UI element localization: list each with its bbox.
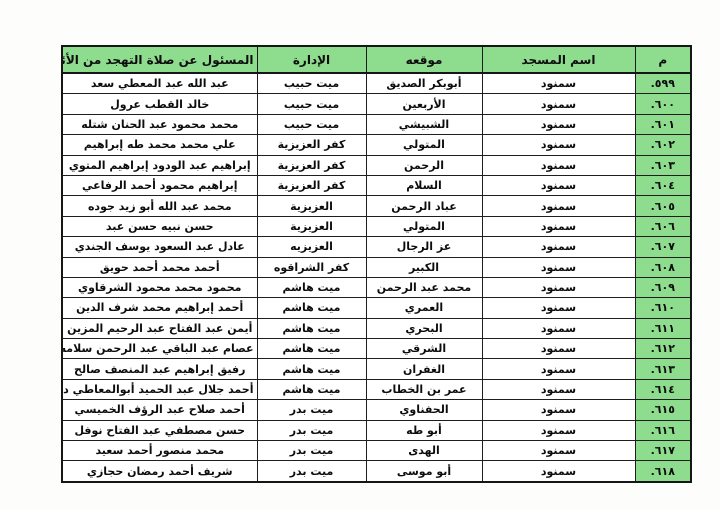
table-row: ٦١٧.سمنودالهدىميت بدرمحمد منصور أحمد سعي…: [62, 441, 691, 461]
cell-idara: ميت هاشم: [257, 277, 366, 297]
cell-mawqie: الرحمن: [366, 155, 482, 175]
cell-masoul: محمد محمود عبد الحنان شتله: [62, 114, 257, 134]
cell-idara: ميت هاشم: [257, 339, 366, 359]
cell-idara: ميت بدر: [257, 420, 366, 440]
cell-mawqie: البحري: [366, 318, 482, 338]
cell-idara: العزيزية: [257, 216, 366, 236]
cell-num: ٦٠٩.: [635, 277, 691, 297]
cell-num: ٥٩٩.: [635, 73, 691, 94]
table-row: ٦١٣.سمنودالغفرانميت هاشمرفيق إبراهيم عبد…: [62, 359, 691, 379]
cell-masjid: سمنود: [482, 94, 635, 114]
cell-mawqie: عباد الرحمن: [366, 196, 482, 216]
cell-masoul: عبد الله عبد المعطي سعد: [62, 73, 257, 94]
cell-num: ٦٠٠.: [635, 94, 691, 114]
table-row: ٦٠٦.سمنودالمتوليالعزيزيةحسن نبيه حسن عبد: [62, 216, 691, 236]
cell-masjid: سمنود: [482, 339, 635, 359]
cell-masjid: سمنود: [482, 114, 635, 134]
cell-idara: ميت بدر: [257, 400, 366, 420]
table-row: ٦٠٤.سمنودالسلامكفر العزيزيةإبراهيم محمود…: [62, 175, 691, 195]
cell-masjid: سمنود: [482, 298, 635, 318]
cell-num: ٦١٨.: [635, 461, 691, 482]
cell-num: ٦٠٦.: [635, 216, 691, 236]
cell-idara: ميت هاشم: [257, 298, 366, 318]
header-mosque-name: اسم المسجد: [482, 46, 635, 73]
cell-num: ٦٠٤.: [635, 175, 691, 195]
cell-masoul: أحمد إبراهيم محمد شرف الدين: [62, 298, 257, 318]
cell-idara: العزيزية: [257, 196, 366, 216]
cell-mawqie: الكبير: [366, 257, 482, 277]
cell-idara: ميت هاشم: [257, 359, 366, 379]
header-responsible: المسئول عن صلاة التهجد من الأئمة والخطبا…: [62, 46, 257, 73]
cell-mawqie: أبو طه: [366, 420, 482, 440]
header-row: م اسم المسجد موقعه الإدارة المسئول عن صل…: [62, 46, 691, 73]
cell-mawqie: المتولي: [366, 216, 482, 236]
cell-masoul: أيمن عبد الفتاح عبد الرحيم المزين: [62, 318, 257, 338]
cell-masjid: سمنود: [482, 196, 635, 216]
tahajjud-imams-table: م اسم المسجد موقعه الإدارة المسئول عن صل…: [61, 45, 692, 483]
cell-mawqie: الحفناوي: [366, 400, 482, 420]
cell-mawqie: الأربعين: [366, 94, 482, 114]
header-number: م: [635, 46, 691, 73]
cell-masoul: عصام عبد الباقي عبد الرحمن سلامه: [62, 339, 257, 359]
cell-masoul: رفيق إبراهيم عبد المنصف صالح: [62, 359, 257, 379]
cell-num: ٦١١.: [635, 318, 691, 338]
cell-mawqie: الشرقي: [366, 339, 482, 359]
cell-num: ٦٠٢.: [635, 135, 691, 155]
cell-mawqie: السلام: [366, 175, 482, 195]
cell-masjid: سمنود: [482, 441, 635, 461]
cell-idara: ميت حبيب: [257, 114, 366, 134]
cell-num: ٦١٧.: [635, 441, 691, 461]
table-row: ٦١٥.سمنودالحفناويميت بدرأحمد صلاح عبد ال…: [62, 400, 691, 420]
table-row: ٦١٤.سمنودعمر بن الخطابميت هاشمأحمد جلال …: [62, 379, 691, 399]
cell-mawqie: أبوبكر الصديق: [366, 73, 482, 94]
table-row: ٦٠٠.سمنودالأربعينميت حبيبخالد القطب عرول: [62, 94, 691, 114]
cell-masjid: سمنود: [482, 461, 635, 482]
cell-masjid: سمنود: [482, 420, 635, 440]
cell-masjid: سمنود: [482, 359, 635, 379]
table-row: ٦١١.سمنودالبحريميت هاشمأيمن عبد الفتاح ع…: [62, 318, 691, 338]
cell-masoul: إبراهيم محمود أحمد الرفاعي: [62, 175, 257, 195]
cell-masjid: سمنود: [482, 216, 635, 236]
table-row: ٦٠٨.سمنودالكبيركفر الشراقوهأحمد محمد أحم…: [62, 257, 691, 277]
cell-num: ٦١٦.: [635, 420, 691, 440]
cell-idara: كفر الشراقوه: [257, 257, 366, 277]
table-row: ٦٠٥.سمنودعباد الرحمنالعزيزيةمحمد عبد الل…: [62, 196, 691, 216]
cell-masoul: أحمد محمد أحمد حويق: [62, 257, 257, 277]
scanned-sheet: م اسم المسجد موقعه الإدارة المسئول عن صل…: [0, 0, 720, 509]
cell-masjid: سمنود: [482, 400, 635, 420]
cell-mawqie: الغفران: [366, 359, 482, 379]
cell-num: ٦٠٥.: [635, 196, 691, 216]
cell-mawqie: الشبيشي: [366, 114, 482, 134]
cell-masoul: خالد القطب عرول: [62, 94, 257, 114]
cell-num: ٦١٥.: [635, 400, 691, 420]
cell-mawqie: عمر بن الخطاب: [366, 379, 482, 399]
cell-masoul: محمود محمد محمود الشرقاوي: [62, 277, 257, 297]
cell-masjid: سمنود: [482, 257, 635, 277]
cell-idara: كفر العزيزية: [257, 135, 366, 155]
table-row: ٦١٢.سمنودالشرقيميت هاشمعصام عبد الباقي ع…: [62, 339, 691, 359]
table-row: ٦٠٧.سمنودعز الرجالالعزيزيهعادل عبد السعو…: [62, 237, 691, 257]
cell-mawqie: عز الرجال: [366, 237, 482, 257]
cell-masjid: سمنود: [482, 135, 635, 155]
header-location: موقعه: [366, 46, 482, 73]
cell-masjid: سمنود: [482, 175, 635, 195]
cell-masjid: سمنود: [482, 379, 635, 399]
cell-num: ٦٠٣.: [635, 155, 691, 175]
cell-mawqie: محمد عبد الرحمن: [366, 277, 482, 297]
cell-num: ٦١٠.: [635, 298, 691, 318]
cell-idara: كفر العزيزية: [257, 175, 366, 195]
cell-masjid: سمنود: [482, 155, 635, 175]
cell-masjid: سمنود: [482, 237, 635, 257]
cell-num: ٦٠٨.: [635, 257, 691, 277]
header-administration: الإدارة: [257, 46, 366, 73]
cell-masjid: سمنود: [482, 277, 635, 297]
cell-num: ٦٠١.: [635, 114, 691, 134]
cell-mawqie: الهدى: [366, 441, 482, 461]
cell-idara: ميت هاشم: [257, 379, 366, 399]
cell-num: ٦١٢.: [635, 339, 691, 359]
table-row: ٦١٦.سمنودأبو طهميت بدرحسن مصطفي عبد الفت…: [62, 420, 691, 440]
cell-masoul: شريف أحمد رمضان حجازي: [62, 461, 257, 482]
cell-masoul: حسن مصطفي عبد الفتاح نوفل: [62, 420, 257, 440]
table-row: ٥٩٩.سمنودأبوبكر الصديقميت حبيبعبد الله ع…: [62, 73, 691, 94]
cell-idara: العزيزيه: [257, 237, 366, 257]
cell-num: ٦١٣.: [635, 359, 691, 379]
cell-idara: ميت حبيب: [257, 94, 366, 114]
table-row: ٦٠١.سمنودالشبيشيميت حبيبمحمد محمود عبد ا…: [62, 114, 691, 134]
table-header: م اسم المسجد موقعه الإدارة المسئول عن صل…: [62, 46, 691, 73]
cell-idara: كفر العزيزية: [257, 155, 366, 175]
table-row: ٦٠٣.سمنودالرحمنكفر العزيزيةإبراهيم عبد ا…: [62, 155, 691, 175]
cell-mawqie: العمري: [366, 298, 482, 318]
table-row: ٦٠٢.سمنودالمتوليكفر العزيزيةعلي محمد محم…: [62, 135, 691, 155]
cell-num: ٦٠٧.: [635, 237, 691, 257]
cell-masoul: عادل عبد السعود يوسف الجندي: [62, 237, 257, 257]
table-body: ٥٩٩.سمنودأبوبكر الصديقميت حبيبعبد الله ع…: [62, 73, 691, 482]
cell-mawqie: المتولي: [366, 135, 482, 155]
cell-num: ٦١٤.: [635, 379, 691, 399]
cell-idara: ميت هاشم: [257, 318, 366, 338]
table-row: ٦٠٩.سمنودمحمد عبد الرحمنميت هاشممحمود مح…: [62, 277, 691, 297]
cell-masoul: إبراهيم عبد الودود إبراهيم المتوي: [62, 155, 257, 175]
cell-masoul: محمد منصور أحمد سعيد: [62, 441, 257, 461]
table-row: ٦١٠.سمنودالعمريميت هاشمأحمد إبراهيم محمد…: [62, 298, 691, 318]
cell-mawqie: أبو موسى: [366, 461, 482, 482]
cell-masoul: أحمد جلال عبد الحميد أبوالمعاطي دهب: [62, 379, 257, 399]
cell-idara: ميت بدر: [257, 461, 366, 482]
table-row: ٦١٨.سمنودأبو موسىميت بدرشريف أحمد رمضان …: [62, 461, 691, 482]
cell-masoul: أحمد صلاح عبد الرؤف الخميسي: [62, 400, 257, 420]
cell-masoul: محمد عبد الله أبو زيد جوده: [62, 196, 257, 216]
cell-idara: ميت حبيب: [257, 73, 366, 94]
cell-masoul: حسن نبيه حسن عبد: [62, 216, 257, 236]
cell-masjid: سمنود: [482, 73, 635, 94]
cell-masoul: علي محمد محمد طه إبراهيم: [62, 135, 257, 155]
cell-idara: ميت بدر: [257, 441, 366, 461]
cell-masjid: سمنود: [482, 318, 635, 338]
